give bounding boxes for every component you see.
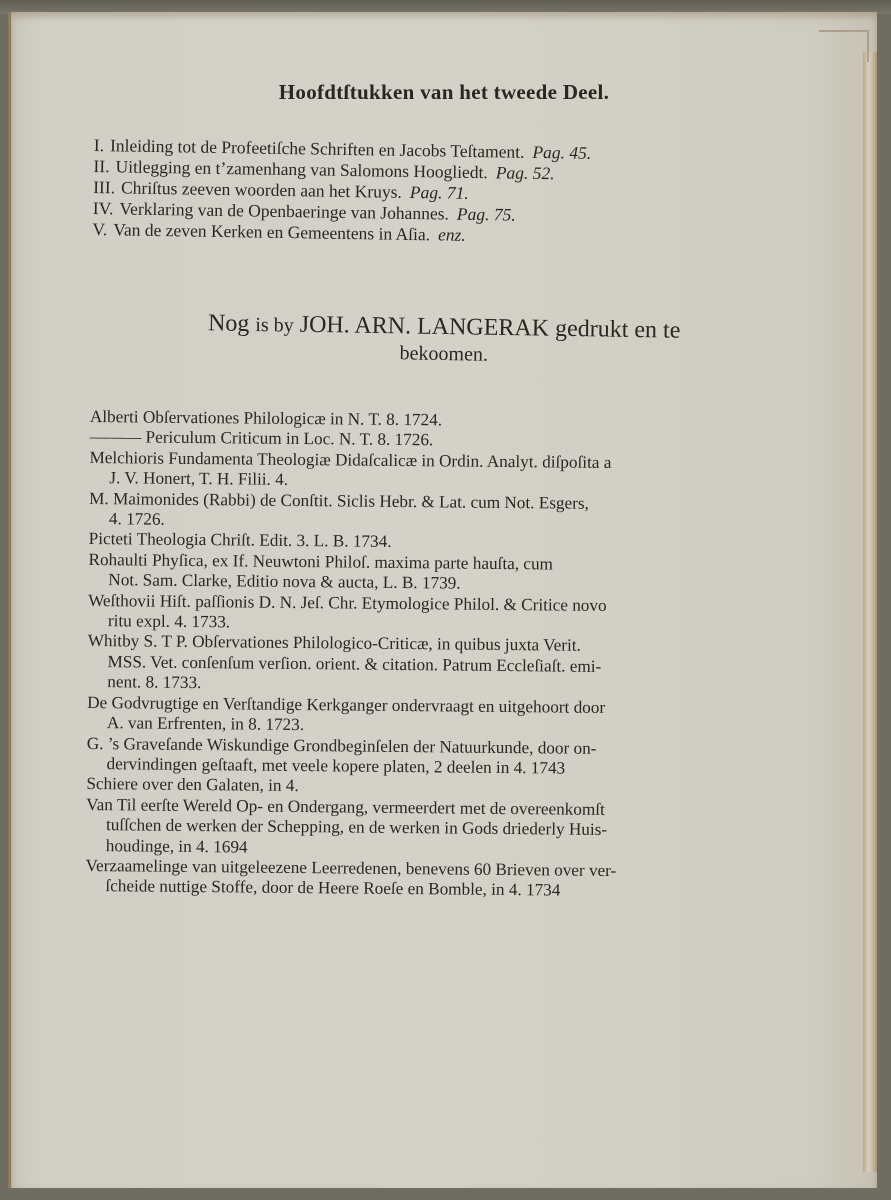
toc-number: III. [93, 177, 115, 198]
publisher-word: is by [255, 314, 294, 337]
page-edge-corner [819, 30, 869, 62]
book-entry: M. Maimonides (Rabbi) de Conſtit. Siclis… [89, 489, 789, 537]
book-entry: Whitby S. T P. Obſervationes Philologico… [87, 631, 788, 699]
book-entry: Rohaulti Phyſica, ex If. Neuwtoni Philoſ… [88, 550, 788, 598]
toc-number: V. [92, 219, 107, 240]
toc-title: Van de zeven Kerken en Gemeentens in Aſi… [113, 219, 430, 244]
publisher-word: Nog [208, 310, 250, 337]
toc-page: enz. [438, 224, 466, 244]
toc-page: Pag. 45. [532, 142, 591, 163]
publisher-notice: Nog is by JOH. ARN. LANGERAK gedrukt en … [11, 307, 878, 374]
page-edge-right [863, 52, 877, 1172]
book-entry: Verzaamelinge van uitgeleezene Leerreden… [85, 856, 785, 904]
table-of-contents: I.Inleiding tot de Profeetiſche Schrifte… [92, 135, 591, 248]
book-page: Hoofdtſtukken van het tweede Deel. I.Inl… [8, 12, 877, 1188]
publisher-word: gedrukt en te [555, 316, 681, 344]
book-list: Alberti Obſervationes Philologicæ in N. … [85, 407, 790, 903]
publisher-name: JOH. ARN. LANGERAK [300, 312, 550, 342]
book-entry: Van Til eerſte Wereld Op- en Ondergang, … [86, 795, 787, 863]
toc-page: Pag. 71. [410, 182, 469, 203]
section-heading: Hoofdtſtukken van het tweede Deel. [11, 80, 877, 105]
toc-page: Pag. 75. [457, 204, 516, 225]
book-entry: De Godvrugtige en Verſtandige Kerkganger… [87, 693, 787, 741]
toc-number: I. [94, 135, 105, 156]
book-entry: Melchioris Fundamenta Theologiæ Didaſcal… [89, 448, 789, 496]
book-entry: G. ’s Graveſande Wiskundige Grondbeginſe… [86, 733, 786, 781]
toc-number: IV. [93, 198, 114, 219]
toc-number: II. [93, 156, 109, 177]
book-entry: Weſthovii Hiſt. paſſionis D. N. Jeſ. Chr… [88, 591, 788, 639]
toc-page: Pag. 52. [496, 162, 555, 183]
